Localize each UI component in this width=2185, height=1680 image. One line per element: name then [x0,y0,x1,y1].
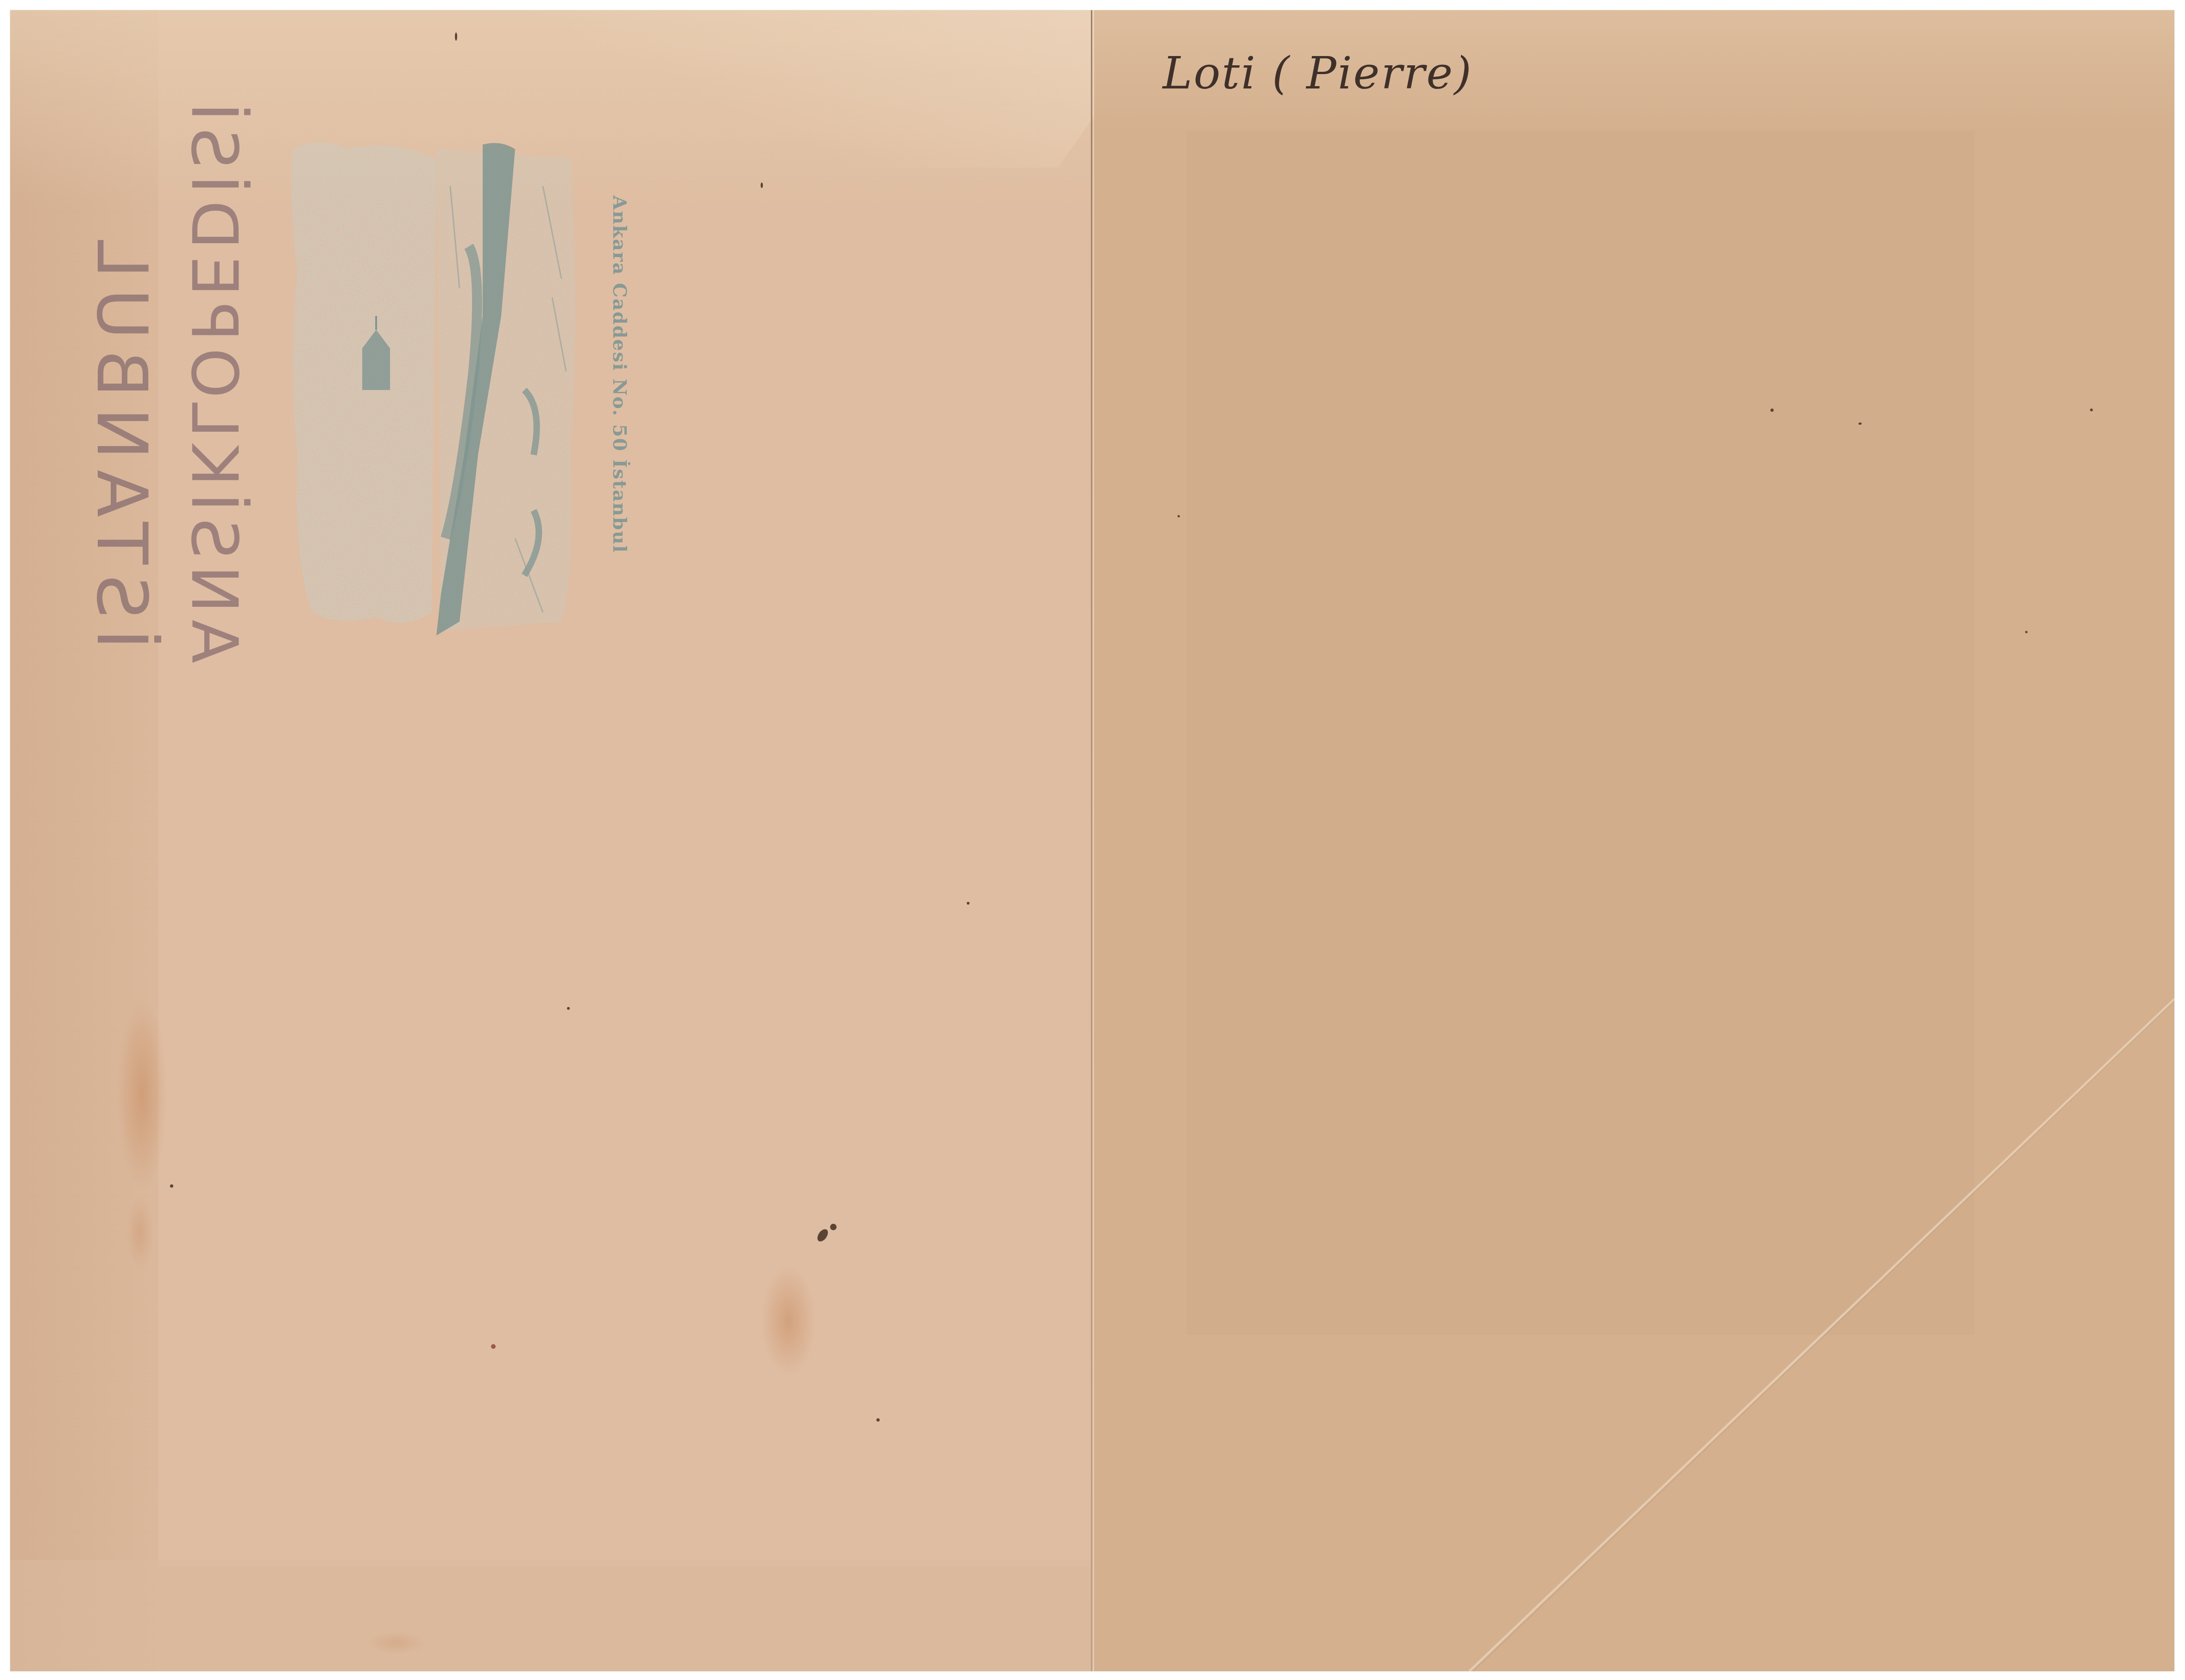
ink-speck [1858,422,1862,425]
ink-speck [2090,409,2093,411]
stain-left-margin-lower [126,1196,154,1270]
ink-speck [830,1224,837,1230]
ink-speck [967,902,970,905]
ink-speck [1770,409,1774,412]
right-panel [1094,10,2174,1671]
ink-speck [1178,515,1180,517]
ink-speck [567,1007,570,1010]
letterhead-address: Ankara Caddesi No. 50 İstanbul [605,195,633,594]
landscape-engraving-icon [283,131,580,640]
ink-speck [455,32,457,41]
left-panel: İSTANBUL ANSİKLOPEDİSİ [10,10,1091,1671]
letterhead-title: İSTANBUL [80,117,163,649]
ink-speck [761,182,763,188]
stain-bottom-left [367,1631,427,1655]
ink-speck [876,1418,880,1422]
ink-speck [170,1184,173,1188]
bottom-margin-shading [10,1560,1091,1671]
center-fold-line [1091,10,1092,1671]
ink-speck [491,1344,496,1349]
ink-speck [2025,631,2028,633]
paper-sheet: İSTANBUL ANSİKLOPEDİSİ [10,10,2174,1671]
diagonal-crease [1094,10,2174,1671]
stain-left-margin [117,997,168,1191]
stain-lower-center [761,1265,816,1377]
handwritten-note: Loti ( Pierre) [1163,47,1473,99]
letterhead-subtitle: ANSİKLOPEDİSİ [175,117,253,663]
